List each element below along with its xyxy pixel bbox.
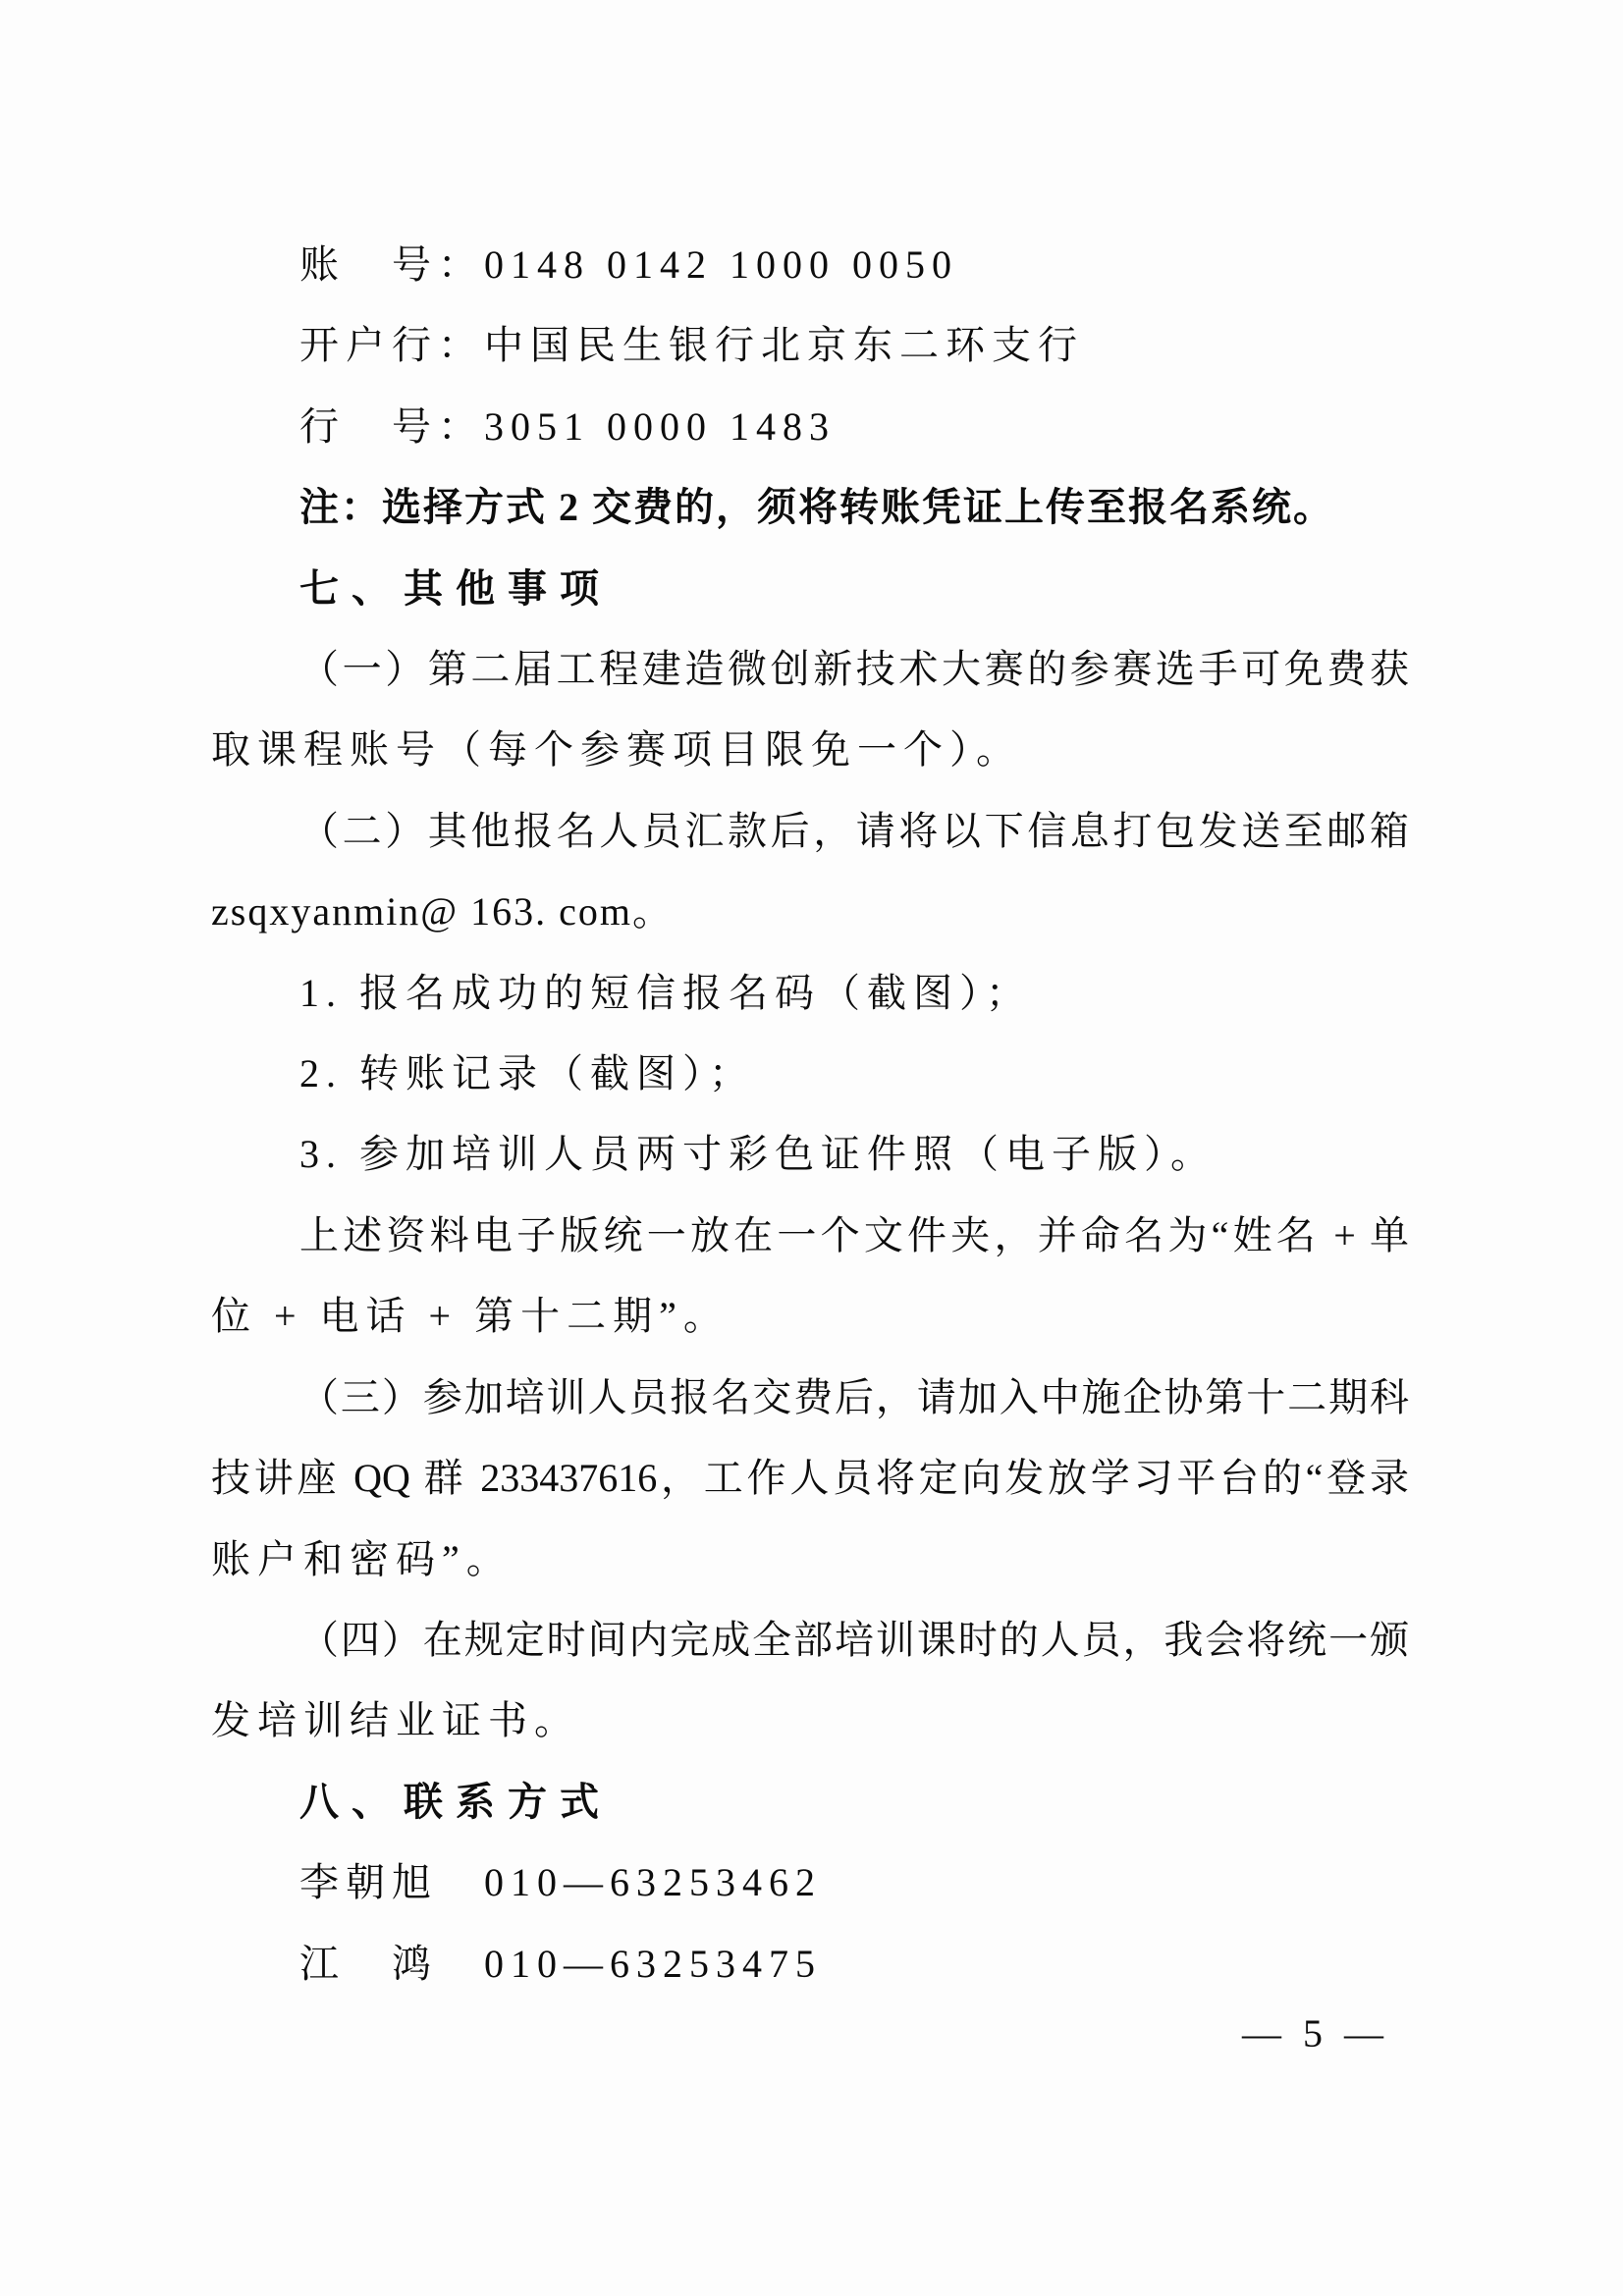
- bank-code-line: 行 号：3051 0000 1483: [211, 387, 1409, 467]
- section-8-heading: 八、联系方式: [211, 1762, 1409, 1842]
- naming-note-line-2: 位 + 电话 + 第十二期”。: [211, 1276, 1409, 1357]
- bank-branch-line: 开户行：中国民生银行北京东二环支行: [211, 305, 1409, 386]
- document-page: 账 号：0148 0142 1000 0050 开户行：中国民生银行北京东二环支…: [0, 0, 1623, 2296]
- email-line: zsqxyanmin@ 163. com。: [211, 872, 1409, 952]
- item-3-line-2: 技讲座 QQ 群 233437616，工作人员将定向发放学习平台的“登录: [211, 1438, 1409, 1519]
- list-item-2: 2. 转账记录（截图）；: [211, 1034, 1409, 1114]
- item-1-line-1: （一）第二届工程建造微创新技术大赛的参赛选手可免费获: [211, 629, 1409, 710]
- contact-jiang-line: 江 鸿 010—63253475: [211, 1924, 1409, 2004]
- naming-note-line-1: 上述资料电子版统一放在一个文件夹，并命名为“姓名 + 单: [211, 1196, 1409, 1276]
- item-3-line-1: （三）参加培训人员报名交费后，请加入中施企协第十二期科: [211, 1358, 1409, 1438]
- list-item-3: 3. 参加培训人员两寸彩色证件照（电子版）。: [211, 1114, 1409, 1195]
- item-4-line-2: 发培训结业证书。: [211, 1681, 1409, 1761]
- section-7-heading: 七、其他事项: [211, 549, 1409, 629]
- account-number-line: 账 号：0148 0142 1000 0050: [211, 225, 1409, 305]
- contact-li-line: 李朝旭 010—63253462: [211, 1842, 1409, 1923]
- list-item-1: 1. 报名成功的短信报名码（截图）；: [211, 953, 1409, 1034]
- item-2-line-1: （二）其他报名人员汇款后，请将以下信息打包发送至邮箱: [211, 791, 1409, 872]
- item-3-line-3: 账户和密码”。: [211, 1520, 1409, 1600]
- payment-note-line: 注：选择方式 2 交费的，须将转账凭证上传至报名系统。: [211, 467, 1409, 548]
- item-4-line-1: （四）在规定时间内完成全部培训课时的人员，我会将统一颁: [211, 1600, 1409, 1681]
- page-number: — 5 —: [1242, 2010, 1389, 2056]
- item-1-line-2: 取课程账号（每个参赛项目限免一个）。: [211, 710, 1409, 790]
- document-body: 账 号：0148 0142 1000 0050 开户行：中国民生银行北京东二环支…: [211, 225, 1409, 2004]
